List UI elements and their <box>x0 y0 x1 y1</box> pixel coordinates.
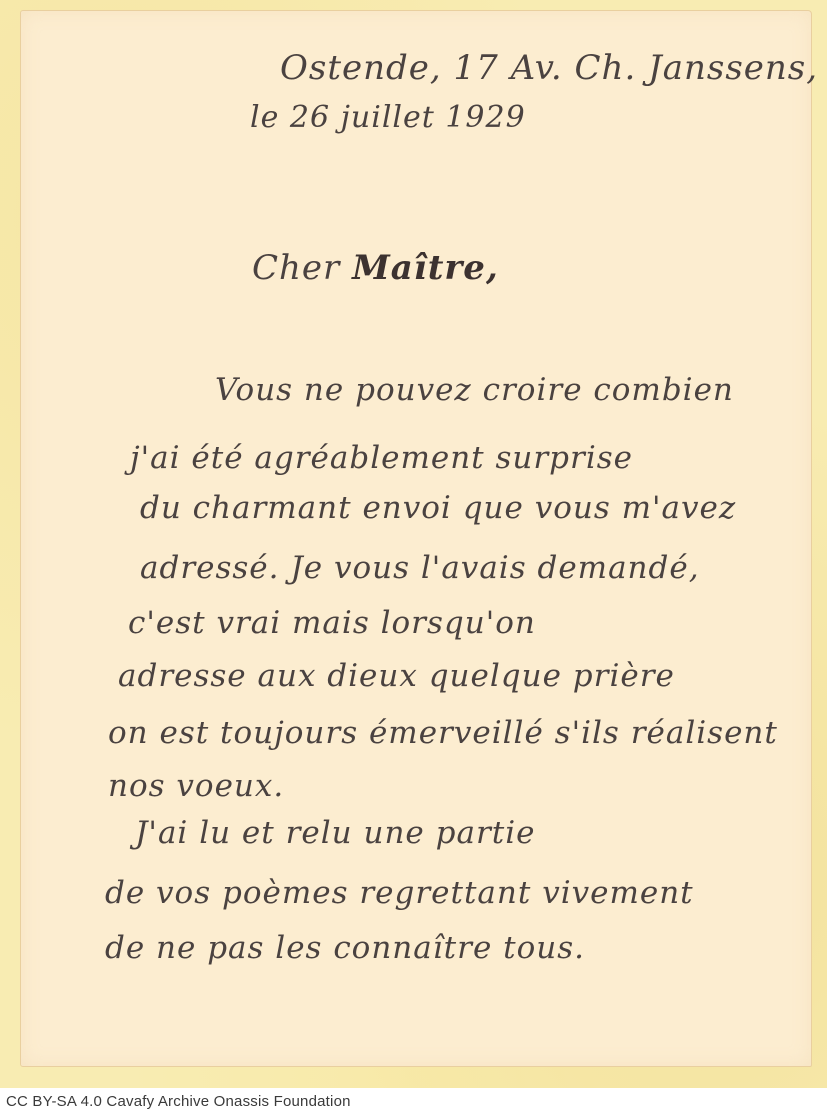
body-line: Vous ne pouvez croire combien <box>215 372 734 408</box>
body-line: adressé. Je vous l'avais demandé, <box>140 550 700 586</box>
body-line: nos voeux. <box>108 768 284 804</box>
body-line: du charmant envoi que vous m'avez <box>140 490 736 526</box>
salutation-name: Maître, <box>352 248 499 288</box>
salutation-prefix: Cher <box>252 248 340 288</box>
letter-date: le 26 juillet 1929 <box>250 100 526 135</box>
body-line: on est toujours émerveillé s'ils réalise… <box>108 715 778 751</box>
body-line: de vos poèmes regrettant vivement <box>105 875 694 911</box>
body-line: de ne pas les connaître tous. <box>105 930 585 966</box>
body-line: adresse aux dieux quelque prière <box>118 658 675 694</box>
letter-salutation: Cher Maître, <box>252 248 499 288</box>
body-line: J'ai lu et relu une partie <box>135 815 535 851</box>
letter-place: Ostende, 17 Av. Ch. Janssens, <box>280 48 818 88</box>
body-line: c'est vrai mais lorsqu'on <box>128 605 536 641</box>
body-line: j'ai été agréablement surprise <box>130 440 633 476</box>
license-caption: CC BY-SA 4.0 Cavafy Archive Onassis Foun… <box>6 1093 351 1110</box>
